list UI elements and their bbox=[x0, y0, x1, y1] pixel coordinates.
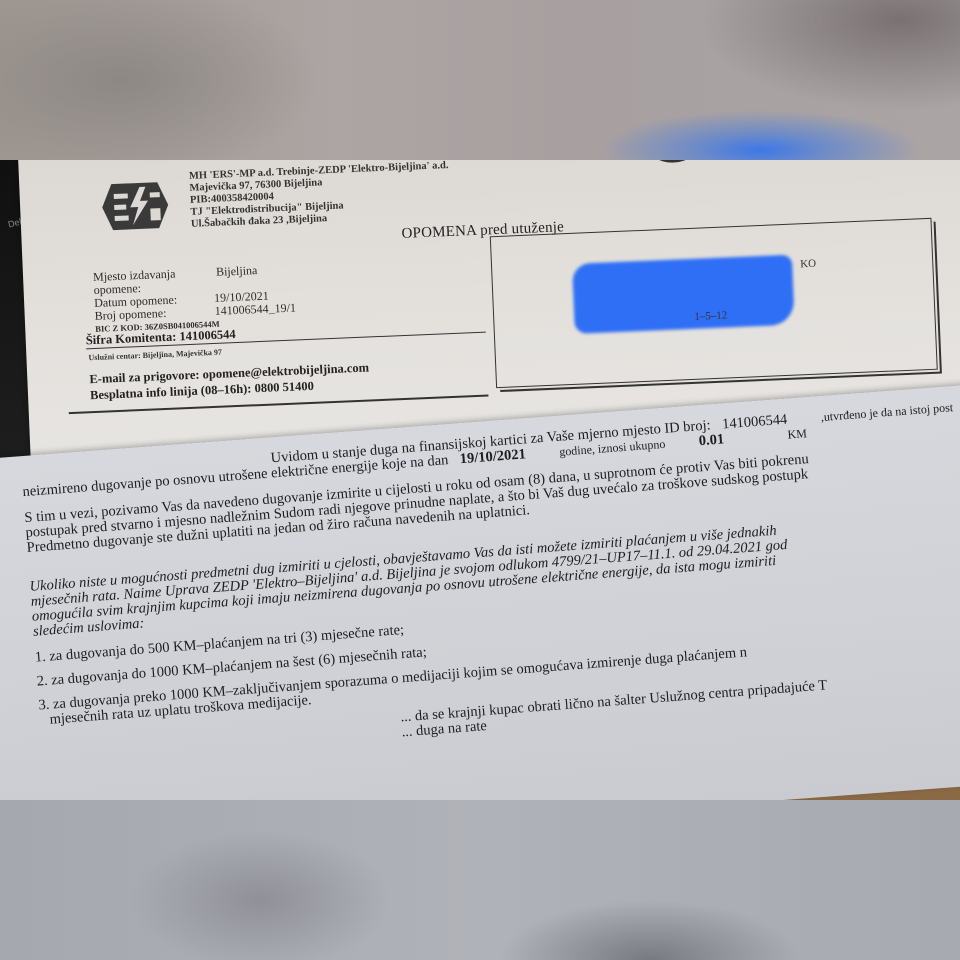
certification-stamp-icon bbox=[645, 160, 701, 164]
meter-id: 141006544 bbox=[722, 412, 788, 433]
text-line: ,utvrđeno je da na istoj post bbox=[820, 400, 953, 424]
certification-stamps bbox=[645, 160, 837, 164]
certification-stamp-icon bbox=[713, 160, 769, 161]
currency: KM bbox=[787, 426, 807, 441]
contact-block: E-mail za prigovore: opomene@elektrobije… bbox=[89, 359, 370, 403]
redaction-mark bbox=[572, 255, 795, 334]
organization-header: MH 'ERS'-MP a.d. Trebinje-ZEDP 'Elektro-… bbox=[189, 160, 451, 231]
service-center: Uslužni centar: Bijeljina, Majevička 97 bbox=[88, 348, 222, 363]
elektro-bijeljina-logo-icon bbox=[99, 180, 171, 233]
debt-amount: 0.01 bbox=[698, 431, 725, 449]
document-photo: Del MH 'ERS'-MP a.d. Trebinje-ZEDP 'Elek… bbox=[0, 160, 960, 800]
address-fragment: 1–5–12 bbox=[694, 309, 727, 322]
blurred-background-bottom bbox=[0, 800, 960, 960]
address-fragment: KO bbox=[800, 258, 816, 271]
letter-body: Uvidom u stanje duga na finansijskoj kar… bbox=[21, 395, 960, 767]
debt-date: 19/10/2021 bbox=[459, 446, 526, 467]
blurred-background-top bbox=[0, 0, 960, 160]
issue-place-value: Bijeljina bbox=[216, 264, 258, 292]
recipient-address-box: KO 1–5–12 bbox=[490, 218, 938, 388]
